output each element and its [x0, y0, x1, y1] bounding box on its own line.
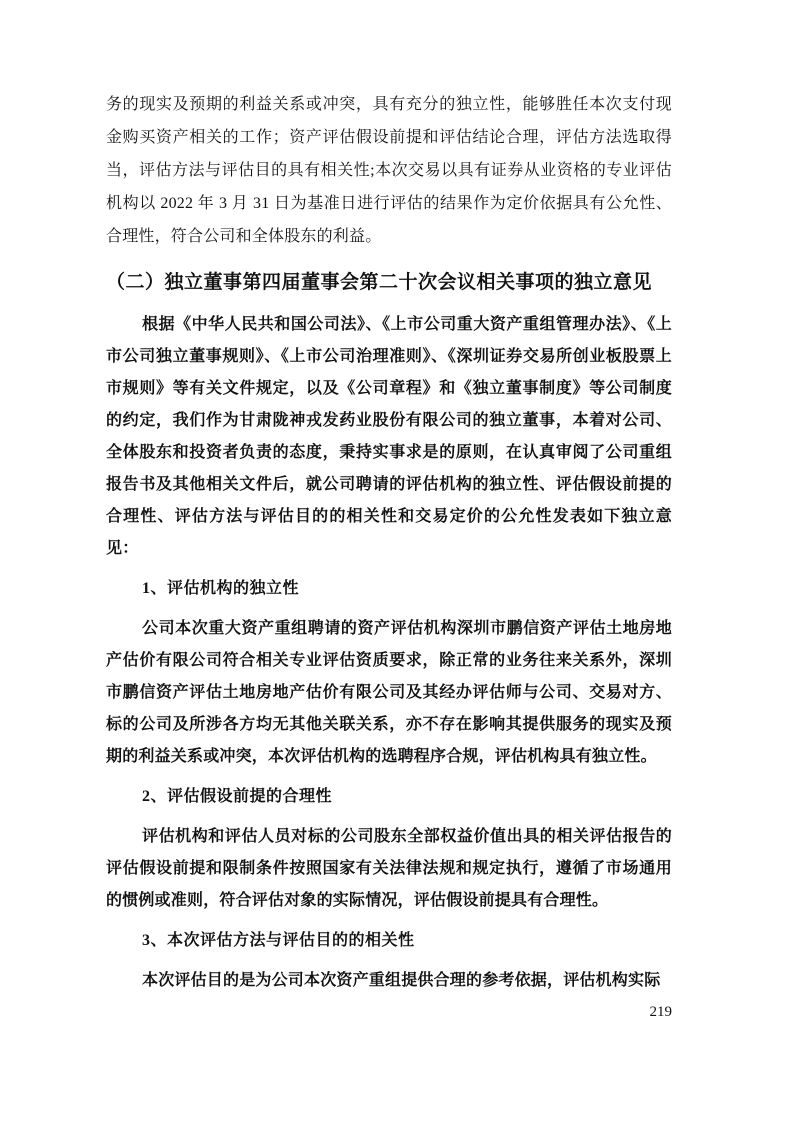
continuation-paragraph: 务的现实及预期的利益关系或冲突，具有充分的独立性，能够胜任本次支付现金购买资产相… [106, 88, 672, 253]
item-1-heading: 1、评估机构的独立性 [106, 573, 672, 605]
item-1-body: 公司本次重大资产重组聘请的资产评估机构深圳市鹏信资产评估土地房地产估价有限公司符… [106, 613, 672, 773]
intro-paragraph: 根据《中华人民共和国公司法》、《上市公司重大资产重组管理办法》、《上市公司独立董… [106, 309, 672, 565]
section-heading: （二）独立董事第四届董事会第二十次会议相关事项的独立意见 [106, 265, 672, 301]
item-2-heading: 2、评估假设前提的合理性 [106, 781, 672, 813]
page-content: 务的现实及预期的利益关系或冲突，具有充分的独立性，能够胜任本次支付现金购买资产相… [106, 88, 672, 997]
item-2-body: 评估机构和评估人员对标的公司股东全部权益价值出具的相关评估报告的评估假设前提和限… [106, 821, 672, 917]
page-number: 219 [106, 1002, 672, 1022]
document-page: 务的现实及预期的利益关系或冲突，具有充分的独立性，能够胜任本次支付现金购买资产相… [0, 0, 793, 1122]
item-3-body: 本次评估目的是为公司本次资产重组提供合理的参考依据，评估机构实际 [106, 965, 672, 997]
item-3-heading: 3、本次评估方法与评估目的的相关性 [106, 925, 672, 957]
